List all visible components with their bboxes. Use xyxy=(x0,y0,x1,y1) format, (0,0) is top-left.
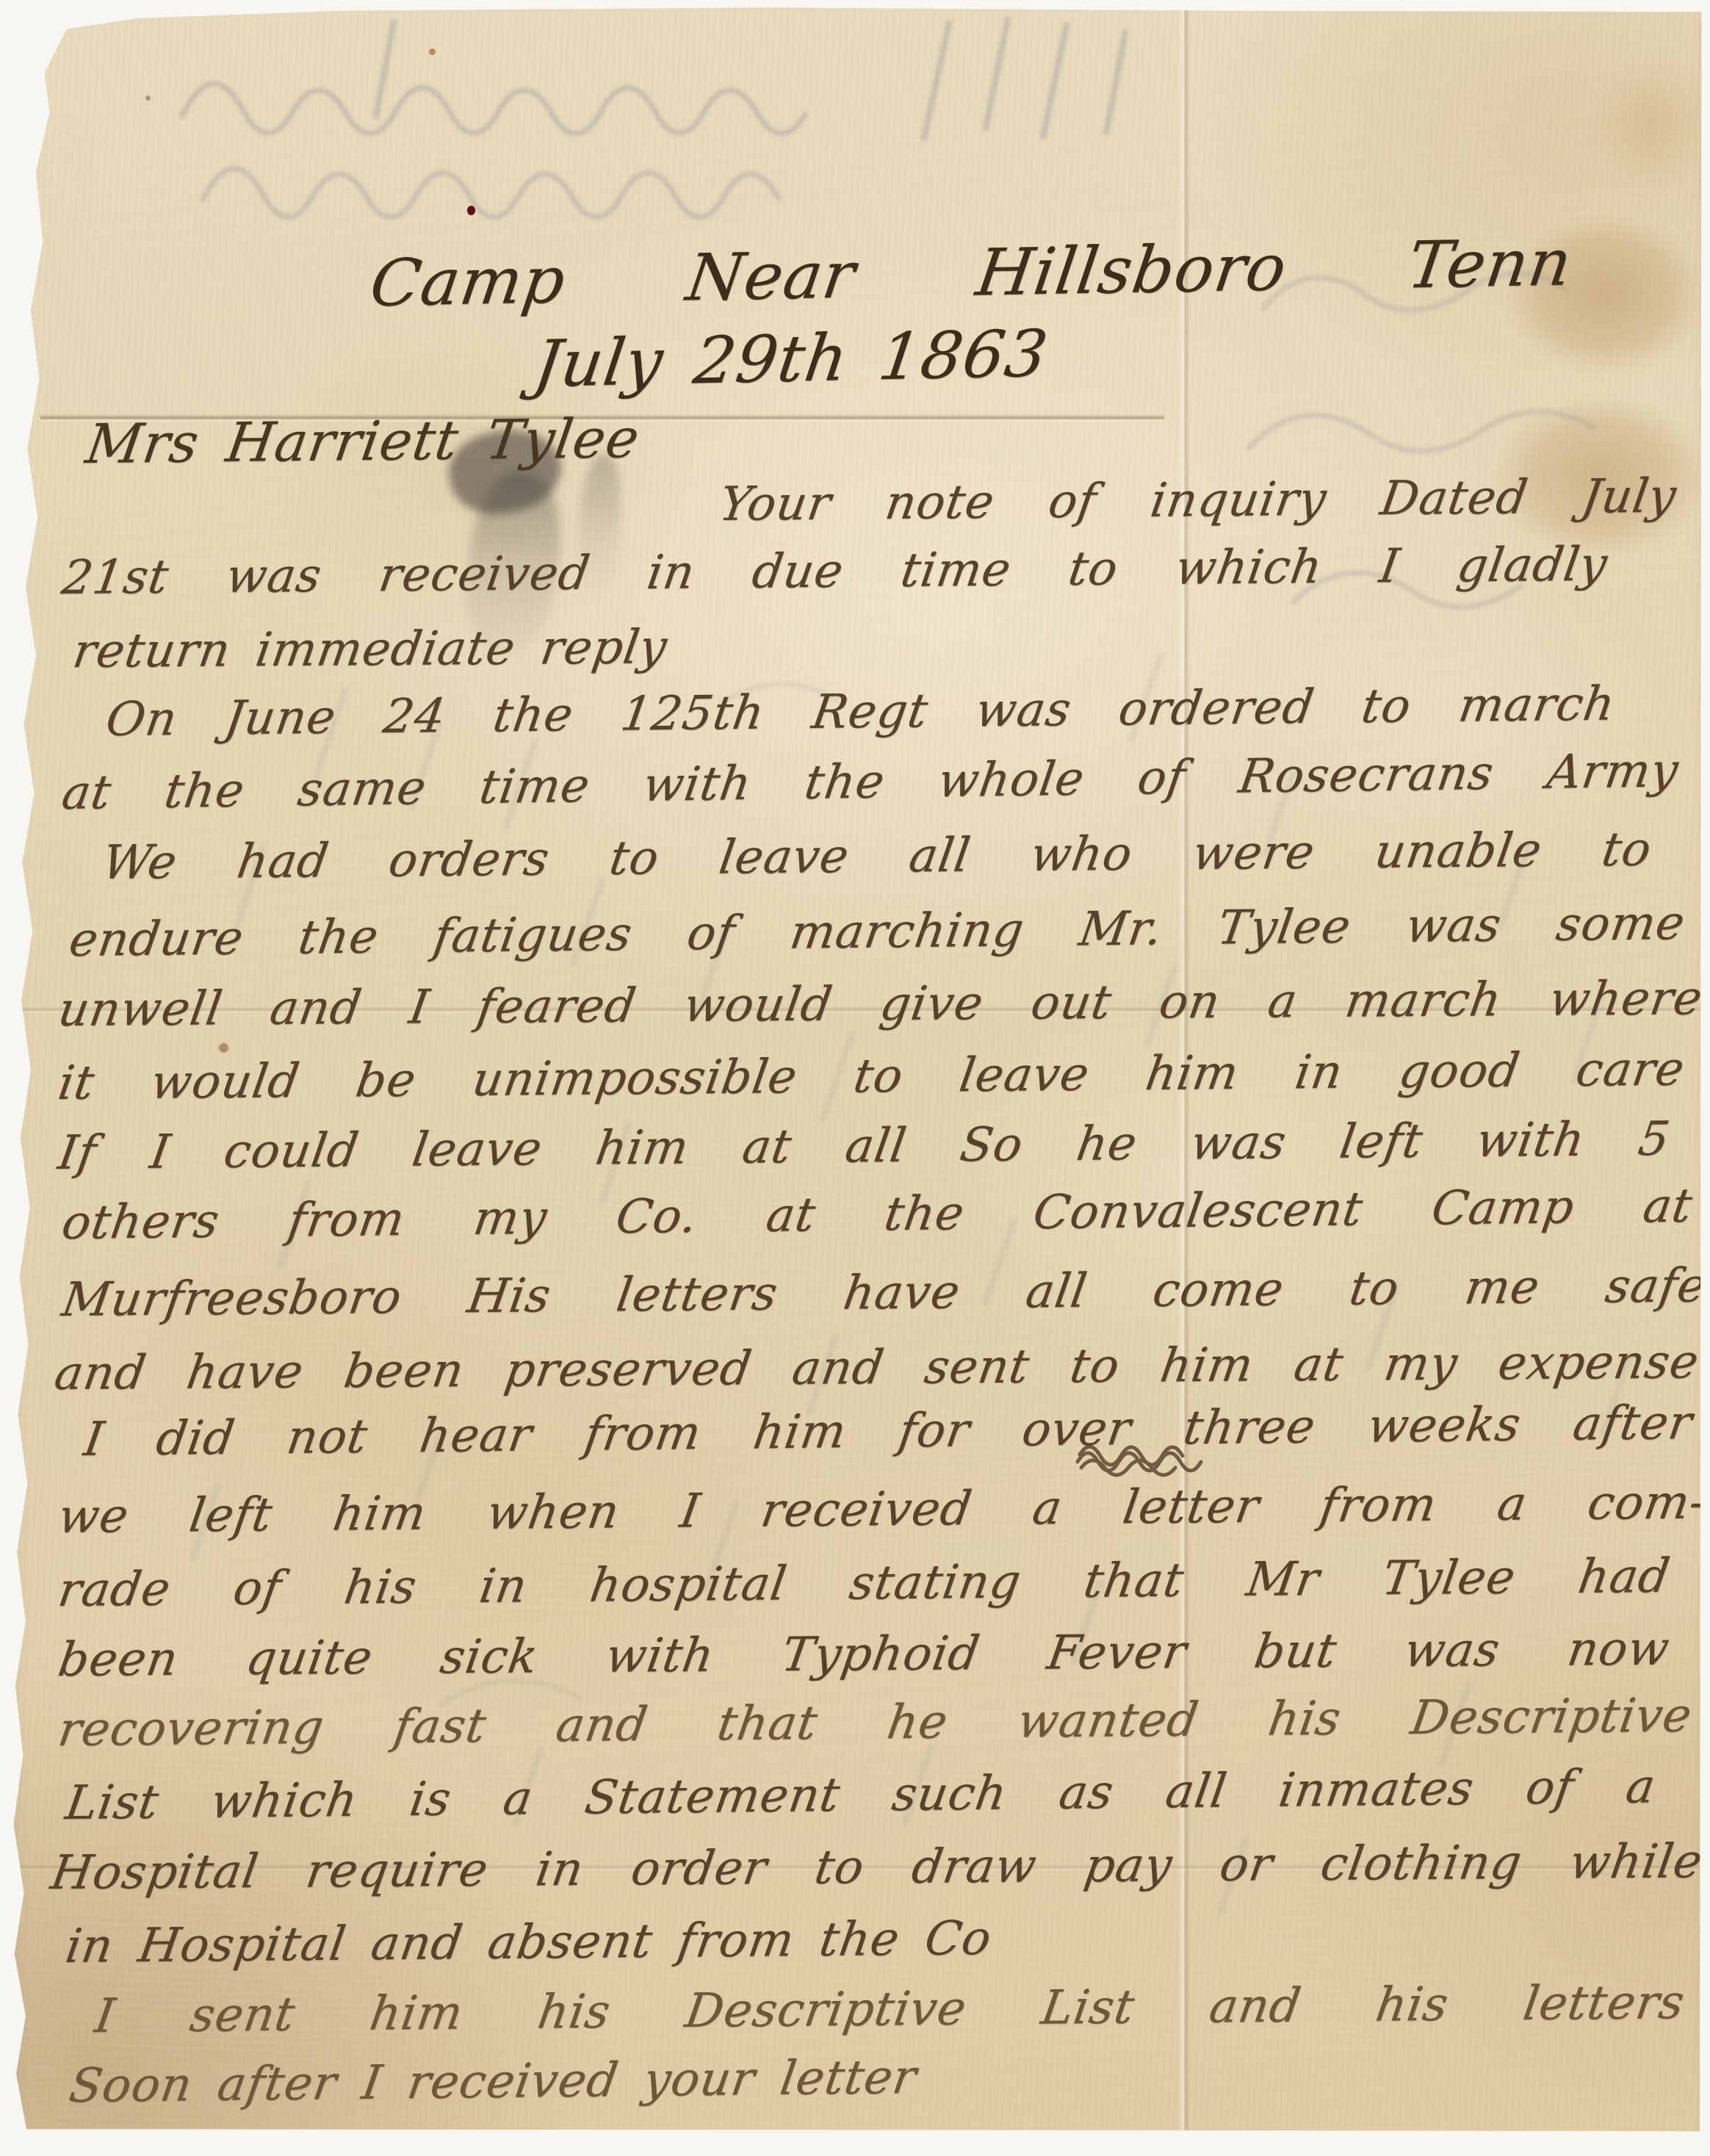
paper-edge-shading xyxy=(0,0,1710,2156)
scanned-letter: Camp Near Hillsboro Tenn July 29th 1863 … xyxy=(0,0,1710,2156)
letter-paper: Camp Near Hillsboro Tenn July 29th 1863 … xyxy=(0,0,1710,2156)
